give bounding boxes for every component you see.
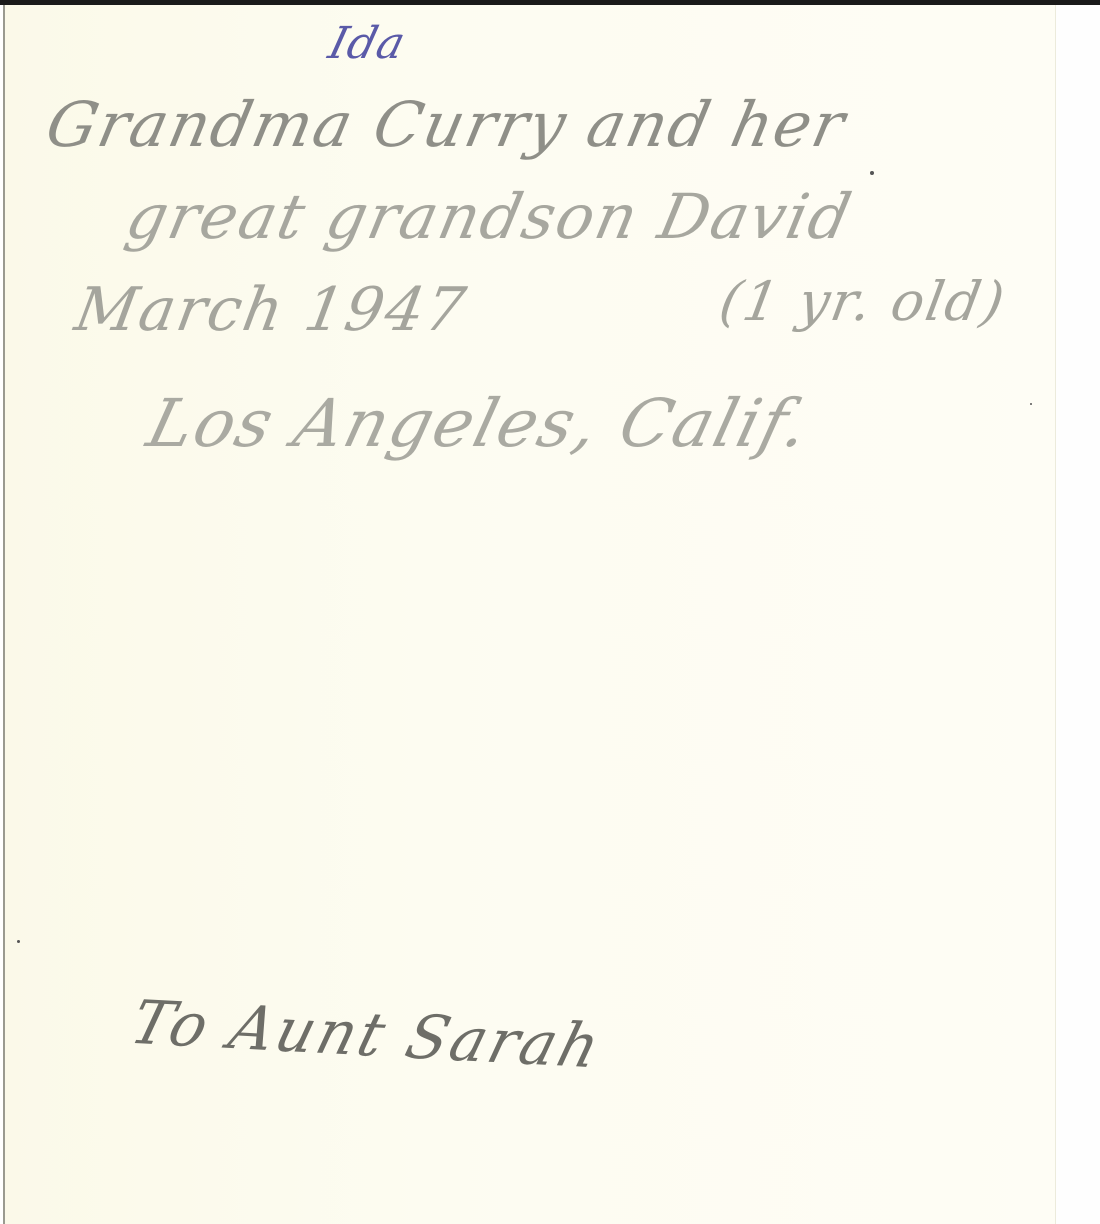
caption-age: (1 yr. old) (715, 270, 1011, 333)
ink-speck (1030, 403, 1032, 405)
caption-line-1: Grandma Curry and her (40, 88, 853, 161)
caption-location: Los Angeles, Calif. (140, 385, 818, 462)
ink-speck (870, 171, 874, 175)
caption-line-2: great grandson David (120, 180, 859, 253)
scan-margin (1055, 5, 1100, 1224)
name-annotation-blue-ink: Ida (324, 18, 411, 69)
caption-date: March 1947 (70, 275, 472, 345)
ink-speck (17, 940, 20, 943)
